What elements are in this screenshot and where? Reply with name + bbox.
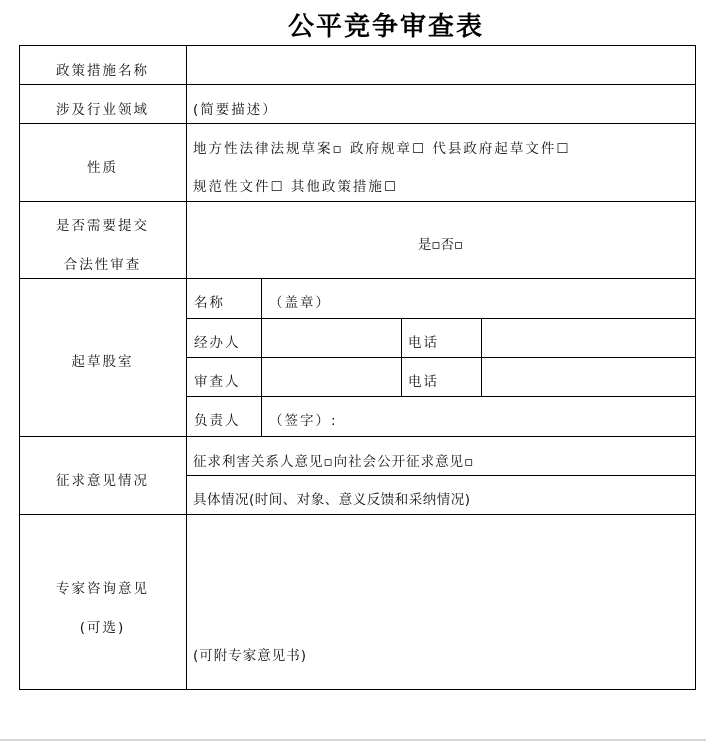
row-divider — [19, 514, 696, 515]
responsible-signature-field[interactable]: （签字）: — [269, 412, 338, 430]
sub-row-divider — [186, 475, 696, 476]
row-divider — [19, 84, 696, 85]
consultation-label: 征求意见情况 — [19, 472, 186, 490]
row-divider — [19, 201, 696, 202]
expert-opinion-field[interactable]: (可附专家意见书) — [193, 647, 307, 665]
expert-opinion-label-line1: 专家咨询意见 — [19, 580, 186, 598]
legality-review-label-line2: 合法性审查 — [19, 256, 186, 274]
table-border-right — [695, 45, 696, 690]
row-divider — [19, 123, 696, 124]
responsible-label: 负责人 — [194, 412, 241, 430]
handler-phone-field[interactable] — [489, 334, 689, 352]
legality-review-label-line1: 是否需要提交 — [19, 217, 186, 235]
handler-field[interactable] — [269, 334, 395, 352]
reviewer-label: 审查人 — [194, 373, 241, 391]
handler-label: 经办人 — [194, 334, 241, 352]
sub-row-divider — [186, 396, 696, 397]
table-border-bottom — [19, 689, 696, 690]
reviewer-phone-field[interactable] — [489, 373, 689, 391]
table-border-top — [19, 45, 696, 46]
review-table: 政策措施名称 涉及行业领域 (简要描述） 性质 地方性法律法规草案▫ 政府规章☐… — [19, 45, 695, 690]
nature-label: 性质 — [19, 159, 186, 177]
legality-review-options[interactable]: 是▫否▫ — [186, 236, 695, 254]
office-name-label: 名称 — [194, 294, 225, 312]
reviewer-field[interactable] — [269, 373, 395, 391]
industry-label: 涉及行业领域 — [19, 101, 186, 119]
drafting-office-label: 起草股室 — [19, 353, 186, 371]
column-divider — [186, 45, 187, 690]
sub-col-divider — [261, 278, 262, 436]
reviewer-phone-label: 电话 — [408, 373, 439, 391]
policy-name-field[interactable] — [193, 62, 688, 80]
row-divider — [19, 278, 696, 279]
row-divider — [19, 436, 696, 437]
industry-field[interactable]: (简要描述） — [193, 101, 278, 119]
sub-col-divider — [481, 318, 482, 396]
nature-options-line2[interactable]: 规范性文件☐ 其他政策措施☐ — [193, 178, 398, 196]
nature-options-line1[interactable]: 地方性法律法规草案▫ 政府规章☐ 代县政府起草文件☐ — [193, 140, 570, 158]
sub-row-divider — [186, 357, 696, 358]
office-name-field[interactable]: （盖章） — [269, 294, 331, 312]
policy-name-label: 政策措施名称 — [19, 62, 186, 80]
sub-row-divider — [186, 318, 696, 319]
form-title: 公平竞争审查表 — [0, 6, 706, 43]
handler-phone-label: 电话 — [408, 334, 439, 352]
sub-col-divider — [401, 318, 402, 396]
consultation-options[interactable]: 征求利害关系人意见▫向社会公开征求意见▫ — [193, 453, 474, 471]
consultation-details[interactable]: 具体情况(时间、对象、意义反馈和采纳情况) — [193, 491, 471, 509]
expert-opinion-label-line2: (可选) — [19, 619, 186, 637]
